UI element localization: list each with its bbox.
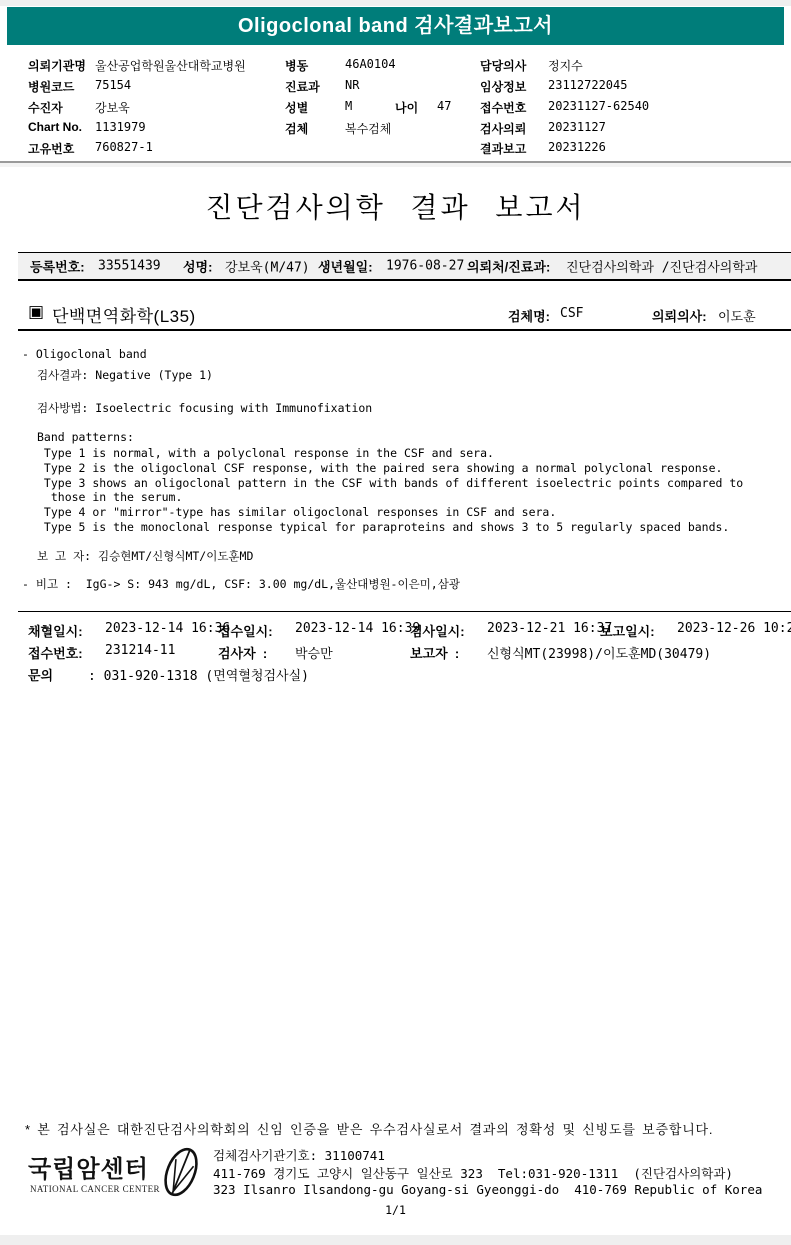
accreditation-disclaimer: * 본 검사실은 대한진단검사의학회의 신임 인증을 받은 우수검사실로서 결과… <box>25 1119 785 1138</box>
section-underline <box>18 329 791 331</box>
value-receipt-datetime: 2023-12-14 16:39 <box>295 621 420 636</box>
label-registration-no: 등록번호: <box>30 257 85 276</box>
label-accession-no: 접수번호 <box>480 99 526 116</box>
label-test-datetime: 검사일시: <box>410 621 465 640</box>
test-method-line: 검사방법: Isoelectric focusing with Immunofi… <box>37 400 372 416</box>
label-referring-dept: 의뢰처/진료과: <box>467 257 550 276</box>
value-report-datetime: 2023-12-26 10:29 <box>677 621 791 636</box>
leaf-logo-icon <box>156 1144 206 1200</box>
banner: Oligoclonal band 검사결과보고서 <box>7 7 784 45</box>
label-test-requested: 검사의뢰 <box>480 120 526 137</box>
band-pattern-type3b: those in the serum. <box>37 490 182 504</box>
label-chart-no: Chart No. <box>28 120 82 134</box>
value-reporter: 신형식MT(23998)/이도훈MD(30479) <box>487 643 711 662</box>
reporter-line: 보 고 자: 김승현MT/신형식MT/이도훈MD <box>37 548 253 564</box>
label-specimen-name: 검체명: <box>508 306 550 325</box>
label-birth-date: 생년월일: <box>318 257 373 276</box>
value-clinical-info: 23112722045 <box>548 78 627 92</box>
band-pattern-type4: Type 4 or "mirror"-type has similar olig… <box>37 505 556 519</box>
label-specimen: 검체 <box>285 120 308 137</box>
value-hospital-code: 75154 <box>95 78 131 92</box>
org-code-line: 검체검사기관기호: 31100741 <box>213 1146 385 1164</box>
label-department: 진료과 <box>285 78 320 95</box>
value-patient-name: 강보욱 <box>95 99 130 116</box>
value-examiner: 박승만 <box>295 643 333 662</box>
value-contact: : 031-920-1318 (면역혈청검사실) <box>88 665 309 684</box>
value-receipt-no: 231214-11 <box>105 643 175 658</box>
value-sex: M <box>345 99 352 113</box>
page-number: 1/1 <box>0 1203 791 1217</box>
report-page: Oligoclonal band 검사결과보고서 의뢰기관명 울산공업학원울산대… <box>0 0 791 1245</box>
label-attending-doctor: 담당의사 <box>480 57 526 74</box>
value-referring-dept: 진단검사의학과 /진단검사의학과 <box>566 257 757 276</box>
label-collection-datetime: 채혈일시: <box>28 621 83 640</box>
report-title: 진단검사의학 결과 보고서 <box>0 186 791 226</box>
top-edge-strip <box>0 0 791 6</box>
registration-bar: 등록번호: 33551439 성명: 강보욱(M/47) 생년월일: 1976-… <box>18 252 791 281</box>
org-address-en: 323 Ilsanro Ilsandong-gu Goyang-si Gyeon… <box>213 1182 762 1197</box>
label-clinical-info: 임상정보 <box>480 78 526 95</box>
band-pattern-type3: Type 3 shows an oligoclonal pattern in t… <box>37 476 743 490</box>
value-specimen-name: CSF <box>560 306 583 321</box>
label-contact: 문의 <box>28 665 53 684</box>
band-pattern-type2: Type 2 is the oligoclonal CSF response, … <box>37 461 722 475</box>
label-requesting-org: 의뢰기관명 <box>28 57 86 74</box>
test-result-line: 검사결과: Negative (Type 1) <box>37 367 213 383</box>
label-sex: 성별 <box>285 99 308 116</box>
value-requesting-org: 울산공업학원울산대학교병원 <box>95 57 246 74</box>
value-test-requested: 20231127 <box>548 120 606 134</box>
value-registration-no: 33551439 <box>98 259 161 274</box>
label-hospital-code: 병원코드 <box>28 78 74 95</box>
value-specimen: 복수검체 <box>345 120 391 137</box>
footer-topline <box>18 611 791 612</box>
label-ward: 병동 <box>285 57 308 74</box>
value-result-reported: 20231226 <box>548 140 606 154</box>
value-name-summary: 강보욱(M/47) <box>225 257 310 276</box>
value-attending-doctor: 정지수 <box>548 57 583 74</box>
label-receipt-datetime: 접수일시: <box>218 621 273 640</box>
label-receipt-no: 접수번호: <box>28 643 83 662</box>
test-name-line: - Oligoclonal band <box>22 347 147 361</box>
value-chart-no: 1131979 <box>95 120 146 134</box>
banner-title: Oligoclonal band 검사결과보고서 <box>238 15 553 37</box>
label-unique-id: 고유번호 <box>28 140 74 157</box>
value-collection-datetime: 2023-12-14 16:36 <box>105 621 230 636</box>
label-examiner: 검사자 : <box>218 643 267 662</box>
org-address-kr: 411-769 경기도 고양시 일산동구 일산로 323 Tel:031-920… <box>213 1164 733 1182</box>
value-department: NR <box>345 78 359 92</box>
org-name-en: NATIONAL CANCER CENTER <box>30 1184 160 1194</box>
remark-line: - 비고 : IgG-> S: 943 mg/dL, CSF: 3.00 mg/… <box>22 576 460 592</box>
label-age: 나이 <box>395 99 418 116</box>
section-divider-shadow <box>0 163 791 167</box>
band-pattern-type5: Type 5 is the monoclonal response typica… <box>37 520 729 534</box>
value-test-datetime: 2023-12-21 16:37 <box>487 621 612 636</box>
section-marker-icon: ▣ <box>28 302 45 322</box>
org-name: 국립암센터 <box>28 1149 149 1184</box>
label-name-summary: 성명: <box>183 257 212 276</box>
value-age: 47 <box>437 99 451 113</box>
value-ward: 46A0104 <box>345 57 396 71</box>
band-patterns-title: Band patterns: <box>37 430 134 444</box>
value-referring-doctor: 이도훈 <box>718 306 756 325</box>
label-report-datetime: 보고일시: <box>600 621 655 640</box>
label-result-reported: 결과보고 <box>480 140 526 157</box>
value-birth-date: 1976-08-27 <box>386 259 464 274</box>
bottom-edge-strip <box>0 1235 791 1245</box>
section-title: 단백면역화학(L35) <box>52 302 196 327</box>
label-referring-doctor: 의뢰의사: <box>652 306 707 325</box>
band-pattern-type1: Type 1 is normal, with a polyclonal resp… <box>37 446 494 460</box>
value-accession-no: 20231127-62540 <box>548 99 649 113</box>
value-unique-id: 760827-1 <box>95 140 153 154</box>
label-patient-name: 수진자 <box>28 99 63 116</box>
label-reporter: 보고자 : <box>410 643 459 662</box>
